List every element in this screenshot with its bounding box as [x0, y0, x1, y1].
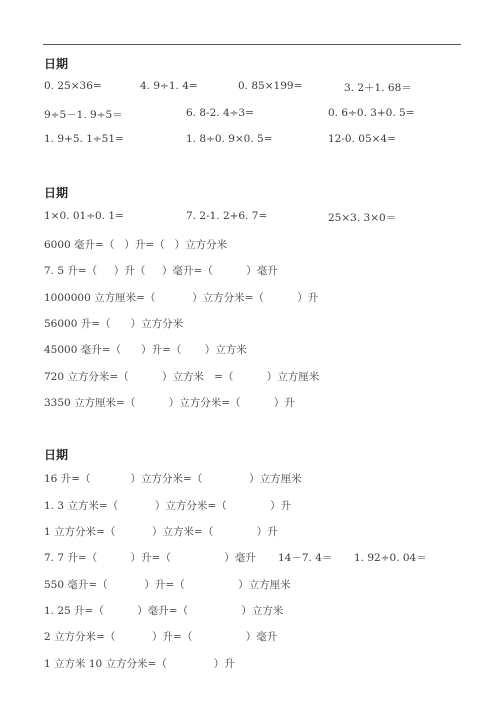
conversion-line: 6000 毫升=（ ）升=（ ）立方分米	[44, 237, 227, 252]
problem: 1×0. 01÷0. 1=	[44, 210, 124, 222]
conversion-line: 550 毫升=（ ）升=（ ）立方厘米	[44, 577, 291, 592]
problem: 14－7. 4＝	[278, 550, 332, 565]
problem: 12-0. 05×4=	[328, 133, 396, 145]
section-3-heading: 日期	[44, 446, 68, 463]
conversion-line: 1000000 立方厘米=（ ）立方分米=（ ）升	[44, 290, 318, 305]
problem: 7. 2-1. 2+6. 7=	[186, 210, 267, 222]
top-rule	[43, 44, 461, 45]
conversion-line: 7. 7 升=（ ）升=（ ）毫升	[44, 550, 256, 565]
conversion-line: 56000 升=（ ）立方分米	[44, 316, 183, 331]
conversion-line: 7. 5 升=（ ）升（ ）毫升=（ ）毫升	[44, 263, 278, 278]
problem: 6. 8-2. 4÷3=	[186, 107, 254, 119]
conversion-line: 16 升=（ ）立方分米=（ ）立方厘米	[44, 471, 302, 486]
problem: 1. 92÷0. 04＝	[354, 550, 427, 565]
problem: 9÷5－1. 9÷5＝	[44, 107, 123, 122]
conversion-line: 2 立方分米=（ ）升=（ ）毫升	[44, 629, 277, 644]
problem: 4. 9÷1. 4=	[140, 80, 198, 92]
section-1-heading: 日期	[44, 55, 68, 72]
problem: 0. 25×36=	[44, 80, 102, 92]
conversion-line: 1 立方米 10 立方分米=（ ）升	[44, 656, 235, 671]
conversion-line: 1. 25 升=（ ）毫升=（ ）立方米	[44, 603, 283, 618]
conversion-line: 1 立方分米=（ ）立方米=（ ）升	[44, 524, 278, 539]
problem: 3. 2＋1. 68＝	[344, 80, 412, 95]
problem: 0. 85×199=	[238, 80, 302, 92]
problem: 1. 8÷0. 9×0. 5=	[186, 133, 273, 145]
conversion-line: 720 立方分米=（ ）立方米 =（ ）立方厘米	[44, 369, 319, 384]
conversion-line: 1. 3 立方米=（ ）立方分米=（ ）升	[44, 498, 291, 513]
problem: 0. 6÷0. 3+0. 5=	[328, 107, 415, 119]
conversion-line: 3350 立方厘米=（ ）立方分米=（ ）升	[44, 395, 295, 410]
problem: 1. 9+5. 1÷51=	[44, 133, 124, 145]
conversion-line: 45000 毫升=（ ）升=（ ）立方米	[44, 342, 247, 357]
section-2-heading: 日期	[44, 184, 68, 201]
problem: 25×3. 3×0＝	[328, 210, 396, 225]
